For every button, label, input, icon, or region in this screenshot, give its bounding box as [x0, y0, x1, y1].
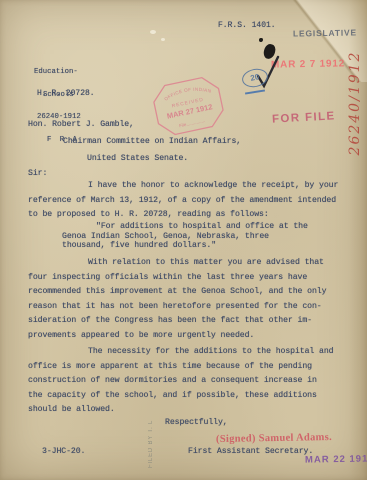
- scanned-letter-page: F.R.S. 1401. LEGISLATIVE MAR 2 7 1912 20…: [0, 0, 367, 480]
- text-line: four inspecting officials within the las…: [28, 271, 326, 286]
- date-stamp-bottom: MAR 22 1912: [305, 453, 367, 465]
- signature-stamp: (Signed) Samuel Adams.: [216, 432, 332, 445]
- paragraph-2: With relation to this matter you are adv…: [28, 256, 326, 344]
- text-line: reference of March 13, 1912, of a copy o…: [28, 194, 338, 209]
- recipient-title2: United States Senate.: [87, 154, 188, 163]
- filed-by-stamp: FILED BY T. L: [148, 410, 154, 468]
- paper-damage-speck: [161, 38, 165, 41]
- ink-blot: [259, 38, 263, 42]
- signer-title: First Assistant Secretary.: [188, 447, 313, 456]
- text-line: should be allowed.: [28, 403, 333, 418]
- text-line: I have the honor to acknowledge the rece…: [28, 179, 338, 194]
- recipient-title1: Chairman Committee on Indian Affairs,: [63, 137, 241, 146]
- paper-damage-speck: [150, 30, 156, 34]
- received-octagon-stamp: OFFICE OF INDIAN AFFAIRS RECEIVED MAR 27…: [150, 74, 228, 144]
- text-line: reason that it has not been heretofore p…: [28, 300, 326, 315]
- text-line: With relation to this matter you are adv…: [28, 256, 326, 271]
- recipient-name: Hon. Robert J. Gamble,: [28, 120, 134, 129]
- typist-code: 3-JHC-20.: [42, 447, 85, 456]
- pencil-underline: [245, 89, 265, 94]
- text-line: the capacity of the school, and if possi…: [28, 389, 333, 404]
- text-line: sideration of the Congress has been the …: [28, 314, 326, 329]
- quoted-amendment: "For additions to hospital and office at…: [62, 222, 308, 251]
- text-line: recommended this improvement at the Geno…: [28, 285, 326, 300]
- legislative-stamp: LEGISLATIVE: [293, 27, 357, 38]
- for-file-stamp: FOR FILE: [272, 110, 336, 125]
- text-line: Genoa Indian School, Genoa, Nebraska, th…: [62, 232, 308, 242]
- date-stamp-top: MAR 2 7 1912: [271, 58, 345, 70]
- text-line: thousand, five hundred dollars.": [62, 241, 308, 251]
- text-line: to be proposed to H. R. 20728, reading a…: [28, 208, 338, 223]
- text-line: "For additions to hospital and office at…: [96, 222, 308, 232]
- text-line: office is more apparent at this time bec…: [28, 360, 333, 375]
- text-line: construction of new dormitories and a co…: [28, 374, 333, 389]
- handwritten-file-number: 26240/1912: [347, 38, 363, 168]
- paragraph-1: I have the honor to acknowledge the rece…: [28, 179, 338, 223]
- text-line: The necessity for the additions to the h…: [28, 345, 333, 360]
- file-header-line: Education-: [34, 69, 81, 77]
- closing: Respectfully,: [165, 418, 228, 427]
- reference-number: F.R.S. 1401.: [218, 21, 276, 30]
- text-line: provements appeared to be more urgently …: [28, 329, 326, 344]
- paragraph-3: The necessity for the additions to the h…: [28, 345, 333, 418]
- salutation: Sir:: [28, 169, 47, 178]
- octagon-file-line: File...............: [179, 118, 206, 128]
- bill-number: H. R. 20728.: [37, 89, 95, 98]
